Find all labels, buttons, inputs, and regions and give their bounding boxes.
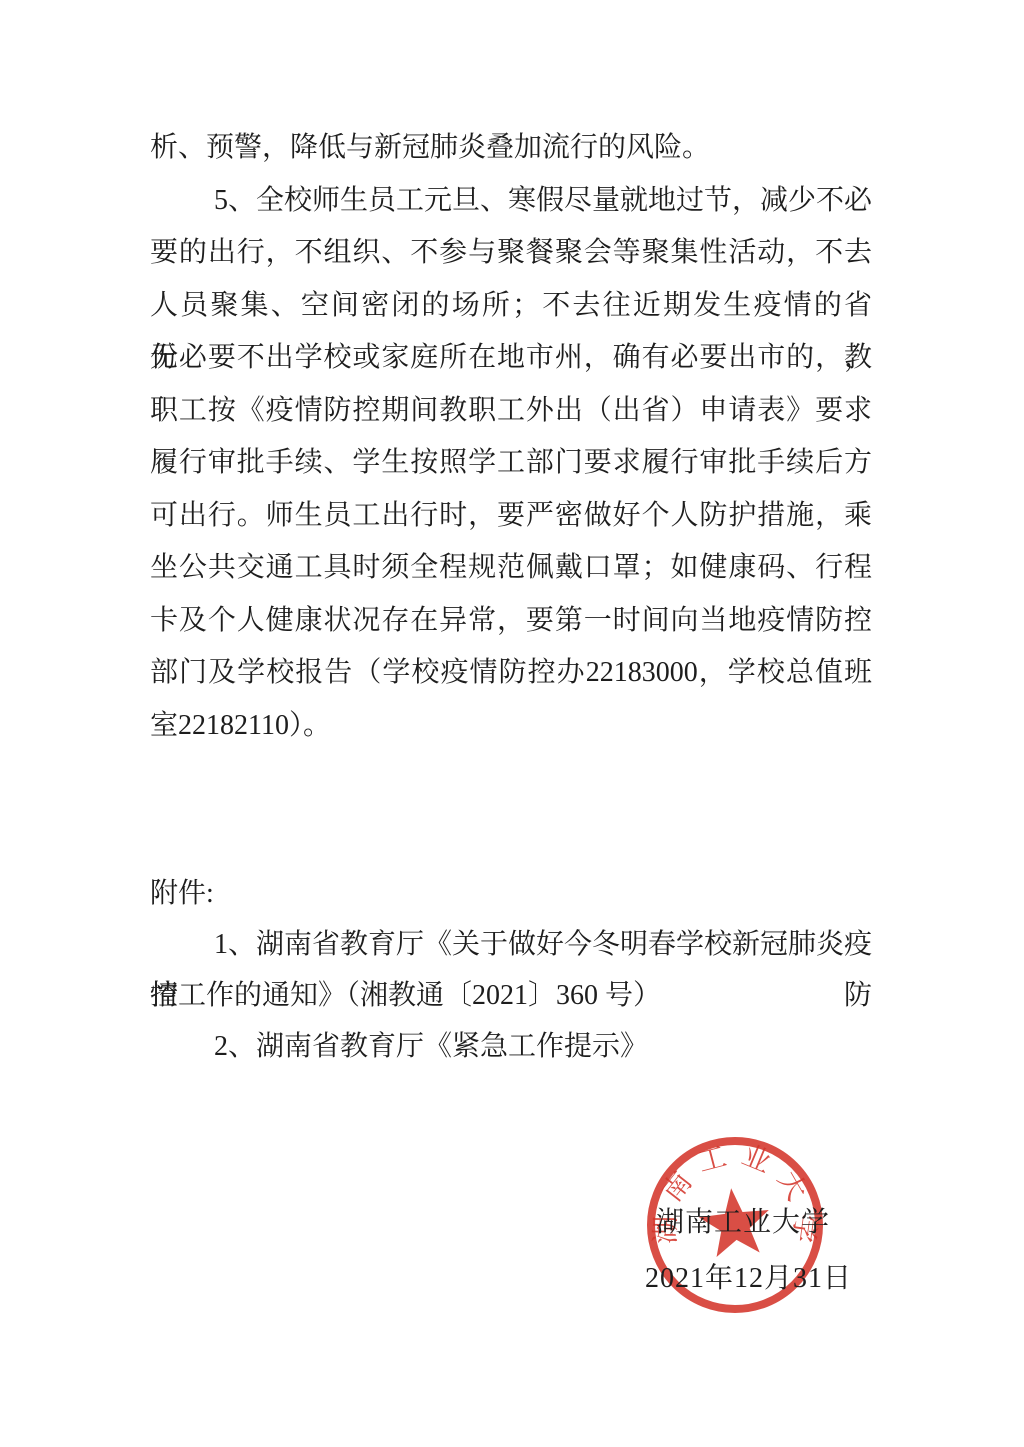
body-paragraphs: 析、预警，降低与新冠肺炎叠加流行的风险。 5、全校师生员工元旦、寒假尽量就地过节… [150, 122, 872, 752]
body-line: 职工按《疫情防控期间教职工外出（出省）申请表》要求 [150, 385, 872, 438]
body-line: 部门及学校报告（学校疫情防控办22183000，学校总值班 [150, 647, 872, 700]
body-line: 析、预警，降低与新冠肺炎叠加流行的风险。 [150, 122, 872, 175]
body-line: 履行审批手续、学生按照学工部门要求履行审批手续后方 [150, 437, 872, 490]
body-line: 室22182110）。 [150, 700, 872, 753]
body-line: 坐公共交通工具时须全程规范佩戴口罩；如健康码、行程 [150, 542, 872, 595]
body-line: 人员聚集、空间密闭的场所；不去往近期发生疫情的省份， [150, 280, 872, 333]
attachment-item: 1、湖南省教育厅《关于做好今冬明春学校新冠肺炎疫情防 [150, 919, 872, 970]
signature-org: 湖南工业大学 [656, 1200, 830, 1240]
body-line: 无必要不出学校或家庭所在地市州，确有必要出市的，教 [150, 332, 872, 385]
attachments-label: 附件: [150, 868, 872, 919]
body-line: 可出行。师生员工出行时，要严密做好个人防护措施，乘 [150, 490, 872, 543]
attachment-item: 2、湖南省教育厅《紧急工作提示》 [150, 1021, 872, 1072]
document-page: 析、预警，降低与新冠肺炎叠加流行的风险。 5、全校师生员工元旦、寒假尽量就地过节… [0, 0, 1024, 1447]
body-line: 要的出行，不组织、不参与聚餐聚会等聚集性活动，不去 [150, 227, 872, 280]
body-line: 5、全校师生员工元旦、寒假尽量就地过节，减少不必 [150, 175, 872, 228]
signature-date: 2021年12月31日 [645, 1256, 852, 1296]
body-line: 卡及个人健康状况存在异常，要第一时间向当地疫情防控 [150, 595, 872, 648]
attachments-section: 附件: 1、湖南省教育厅《关于做好今冬明春学校新冠肺炎疫情防 控工作的通知》（湘… [150, 868, 872, 1072]
